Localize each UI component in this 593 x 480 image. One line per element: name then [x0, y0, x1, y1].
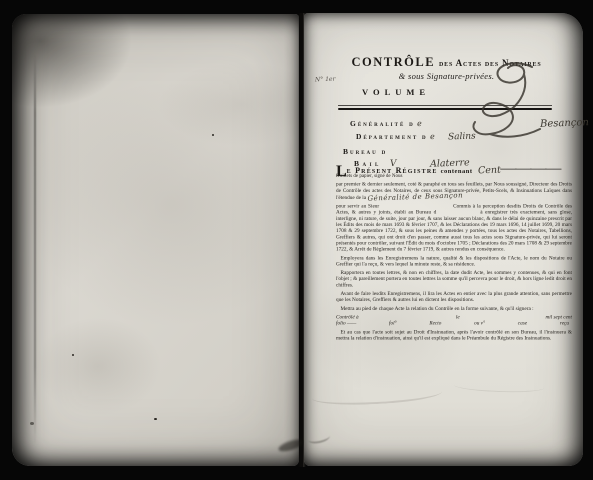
paragraph-service-c: à enregistrer très exactement, sans glos… — [336, 210, 572, 252]
controle-form-line1: Contrôlé à le mil sept cent — [336, 314, 572, 320]
paragraph-rapportera: Rapportera en toutes lettres, & non en c… — [336, 270, 572, 288]
form-title-main: CONTRÔLE — [352, 55, 436, 69]
volume-label: VOLUME — [362, 87, 430, 97]
left-blank-page — [12, 14, 299, 466]
controle-form-line2: folio —— fol° Recto ou v° case reçu — [336, 321, 569, 327]
paragraph-certification-hw: Généralité de Besançon — [367, 192, 463, 201]
paragraph-employera: Employera dans les Enregistremens la nat… — [336, 255, 572, 267]
archive-scan: N° 1er CONTRÔLE des Actes des Notaires &… — [0, 0, 593, 480]
paper-speck — [154, 418, 157, 420]
paper-speck — [72, 354, 74, 356]
controle-recu: reçu — [560, 321, 569, 327]
register-suffix-line: feuillets de papier, signé de Nous — [336, 173, 572, 179]
paper-speck — [212, 134, 214, 136]
ink-ghost-mark — [307, 431, 331, 445]
page-crease — [34, 54, 36, 444]
gutter-line — [301, 13, 303, 467]
field-departement-hw: e — [429, 132, 434, 141]
paragraph-certification: par premier & dernier seulement, coté & … — [336, 182, 572, 201]
controle-case: case — [518, 321, 527, 327]
controle-verso: ou v° — [474, 321, 485, 327]
paragraph-avant: Avant de faire lesdits Enregistremens, i… — [336, 291, 572, 303]
ink-ghost-mark — [312, 383, 443, 408]
right-form-page: N° 1er CONTRÔLE des Actes des Notaires &… — [304, 13, 583, 466]
controle-folio: folio —— — [336, 321, 356, 327]
field-departement-label: Département d — [356, 132, 428, 141]
paragraph-service: pour servir au SieurCommis à la percepti… — [336, 204, 572, 253]
paper-speck — [30, 422, 34, 425]
controle-fol: fol° — [389, 321, 397, 327]
script-letter-B-icon — [452, 59, 556, 147]
paragraph-mettra: Mettra au pied de chaque Acte la relatio… — [336, 306, 572, 312]
controle-recto: Recto — [429, 321, 441, 327]
paragraph-closing: Et au cas que l'acte soit sujet au Droit… — [336, 329, 572, 341]
fine-print-block: feuillets de papier, signé de Nous par p… — [336, 173, 572, 383]
paragraph-service-a: pour servir au Sieur — [336, 204, 379, 210]
